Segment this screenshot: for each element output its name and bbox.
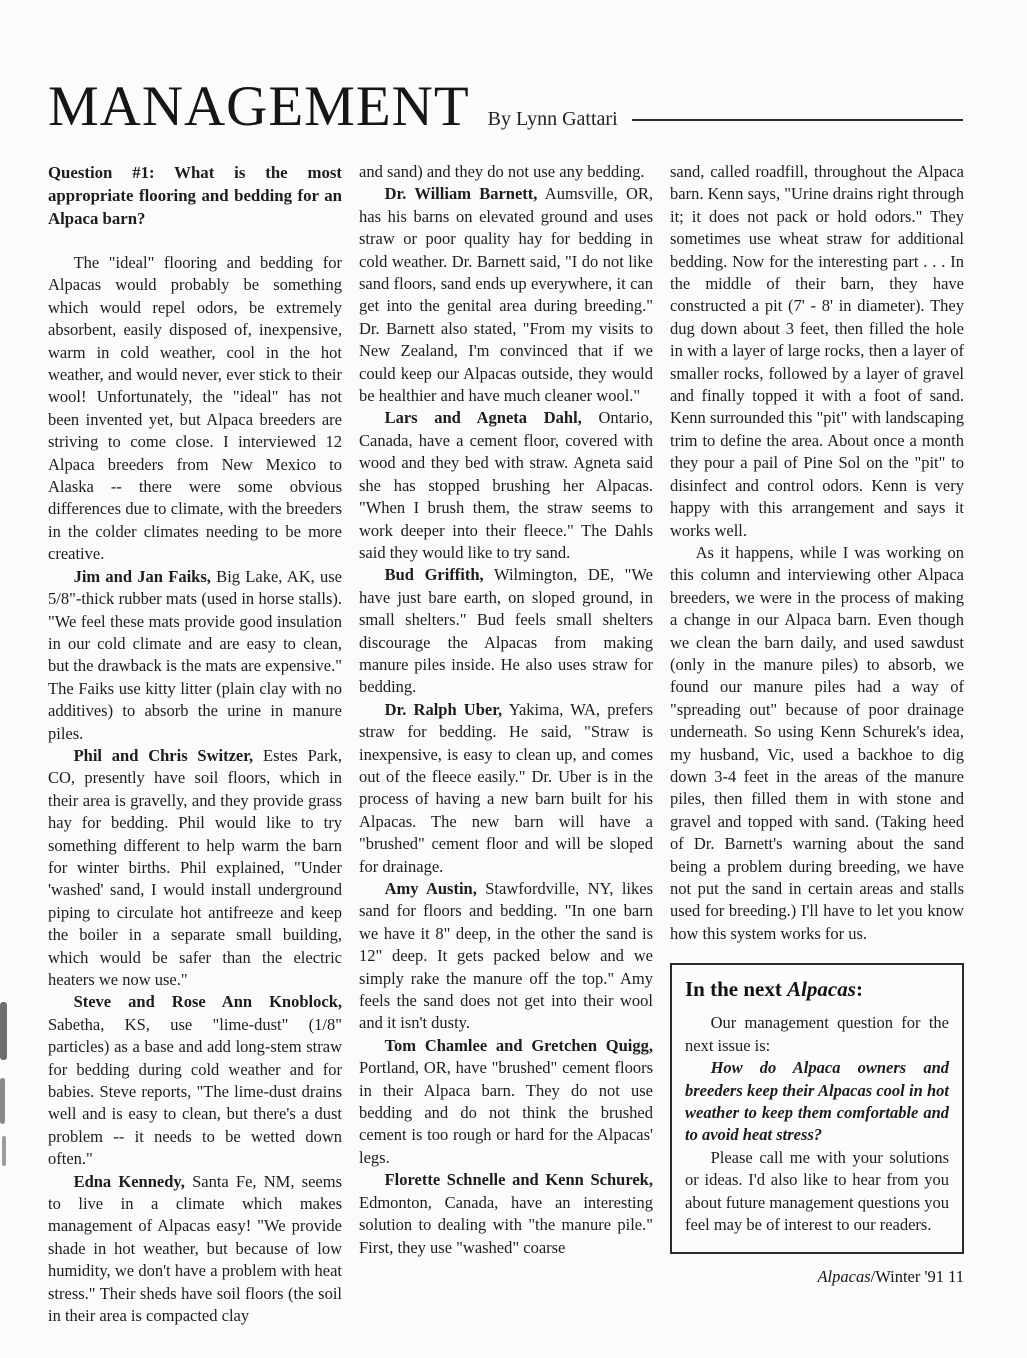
paragraph-text: Estes Park, CO, presently have soil floo…: [48, 746, 342, 989]
next-issue-intro: Our management question for the next iss…: [685, 1012, 949, 1057]
paragraph-text: Stawfordville, NY, likes sand for floors…: [359, 879, 653, 1032]
paragraph-lead: Dr. William Barnett,: [385, 184, 538, 203]
heading-text: In the next: [685, 977, 787, 1001]
scan-artifact: [0, 1078, 5, 1124]
footer-credit: Alpacas/Winter '91 11: [670, 1266, 964, 1288]
article-column-1: Question #1: What is the most appropriat…: [48, 161, 342, 1328]
article-header: MANAGEMENT By Lynn Gattari: [48, 78, 963, 135]
next-issue-call: Please call me with your solutions or id…: [685, 1147, 949, 1237]
paragraph: Lars and Agneta Dahl, Ontario, Canada, h…: [359, 407, 653, 564]
paragraph-text: Ontario, Canada, have a cement floor, co…: [359, 408, 653, 561]
paragraph-text: Sabetha, KS, use "lime-dust" (1/8" parti…: [48, 1015, 342, 1168]
paragraph-text: As it happens, while I was working on th…: [670, 543, 964, 943]
paragraph: As it happens, while I was working on th…: [670, 542, 964, 945]
paragraph-lead: Phil and Chris Switzer,: [74, 746, 254, 765]
paragraph-text: Edmonton, Canada, have an interesting so…: [359, 1193, 653, 1257]
next-issue-box: In the next Alpacas: Our management ques…: [670, 963, 964, 1254]
footer-magazine-name: Alpacas: [817, 1267, 870, 1286]
paragraph-text: Yakima, WA, prefers straw for bedding. H…: [359, 700, 653, 876]
magazine-page: MANAGEMENT By Lynn Gattari Question #1: …: [48, 78, 963, 1328]
scan-artifact: [2, 1136, 6, 1166]
paragraph-lead: Bud Griffith,: [385, 565, 484, 584]
paragraph-lead: Steve and Rose Ann Knoblock,: [74, 992, 342, 1011]
paragraph: Dr. William Barnett, Aumsville, OR, has …: [359, 183, 653, 407]
paragraph-text: sand, called roadfill, throughout the Al…: [670, 162, 964, 540]
paragraph-text: Wilmington, DE, "We have just bare earth…: [359, 565, 653, 696]
article-column-3: sand, called roadfill, throughout the Al…: [670, 161, 964, 1328]
paragraph-lead: Lars and Agneta Dahl,: [385, 408, 582, 427]
paragraph: Amy Austin, Stawfordville, NY, likes san…: [359, 878, 653, 1035]
paragraph-text: Portland, OR, have "brushed" cement floo…: [359, 1058, 653, 1167]
paragraph-lead: Florette Schnelle and Kenn Schurek,: [385, 1170, 653, 1189]
article-column-2: and sand) and they do not use any beddin…: [359, 161, 653, 1328]
paragraph: Steve and Rose Ann Knoblock, Sabetha, KS…: [48, 991, 342, 1170]
paragraph-lead: Amy Austin,: [385, 879, 477, 898]
paragraph-text: The "ideal" flooring and bedding for Alp…: [48, 253, 342, 563]
paragraph-text: and sand) and they do not use any beddin…: [359, 162, 644, 181]
paragraph-lead: Jim and Jan Faiks,: [74, 567, 211, 586]
paragraph: and sand) and they do not use any beddin…: [359, 161, 653, 183]
next-issue-question: How do Alpaca owners and breeders keep t…: [685, 1057, 949, 1147]
page-title: MANAGEMENT: [48, 78, 470, 135]
paragraph: sand, called roadfill, throughout the Al…: [670, 161, 964, 542]
byline: By Lynn Gattari: [488, 108, 618, 131]
paragraph: Dr. Ralph Uber, Yakima, WA, prefers stra…: [359, 699, 653, 878]
paragraph: The "ideal" flooring and bedding for Alp…: [48, 252, 342, 566]
paragraph: Edna Kennedy, Santa Fe, NM, seems to liv…: [48, 1171, 342, 1328]
paragraph: Tom Chamlee and Gretchen Quigg, Portland…: [359, 1035, 653, 1169]
question-heading: Question #1: What is the most appropriat…: [48, 161, 342, 230]
article-columns: Question #1: What is the most appropriat…: [48, 161, 963, 1328]
scan-artifact: [0, 1002, 7, 1060]
paragraph-text: Aumsville, OR, has his barns on elevated…: [359, 184, 653, 405]
heading-magazine-name: Alpacas: [787, 977, 856, 1001]
paragraph-lead: Tom Chamlee and Gretchen Quigg,: [385, 1036, 653, 1055]
paragraph-lead: Dr. Ralph Uber,: [385, 700, 503, 719]
paragraph-lead: Edna Kennedy,: [74, 1172, 185, 1191]
paragraph: Phil and Chris Switzer, Estes Park, CO, …: [48, 745, 342, 991]
next-issue-heading: In the next Alpacas:: [685, 977, 949, 1002]
paragraph: Jim and Jan Faiks, Big Lake, AK, use 5/8…: [48, 566, 342, 745]
paragraph-text: Santa Fe, NM, seems to live in a climate…: [48, 1172, 342, 1325]
paragraph-text: Big Lake, AK, use 5/8"-thick rubber mats…: [48, 567, 342, 743]
paragraph: Florette Schnelle and Kenn Schurek, Edmo…: [359, 1169, 653, 1259]
paragraph: Bud Griffith, Wilmington, DE, "We have j…: [359, 564, 653, 698]
footer-issue: /Winter '91 11: [871, 1267, 964, 1286]
header-rule: [632, 119, 963, 121]
heading-colon: :: [856, 977, 863, 1001]
